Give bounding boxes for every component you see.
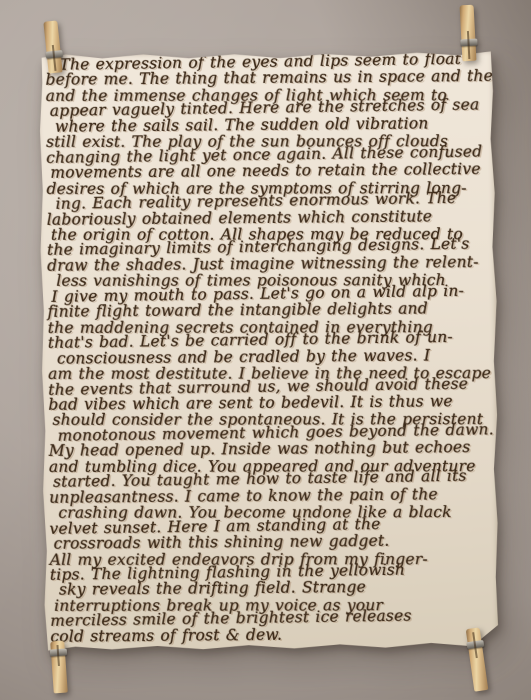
clothespin-top-right-icon xyxy=(460,5,477,62)
photo-wall: The expression of the eyes and lips seem… xyxy=(0,0,531,700)
handwriting-text: The expression of the eyes and lips seem… xyxy=(45,54,497,645)
paper: The expression of the eyes and lips seem… xyxy=(38,49,499,653)
pin-spring-icon xyxy=(49,649,66,657)
paper-sheet: The expression of the eyes and lips seem… xyxy=(38,49,499,653)
pin-spring-icon xyxy=(466,640,484,649)
pin-spring-icon xyxy=(45,50,63,59)
clothespin-bottom-left-icon xyxy=(50,641,68,694)
pin-spring-icon xyxy=(460,38,477,46)
